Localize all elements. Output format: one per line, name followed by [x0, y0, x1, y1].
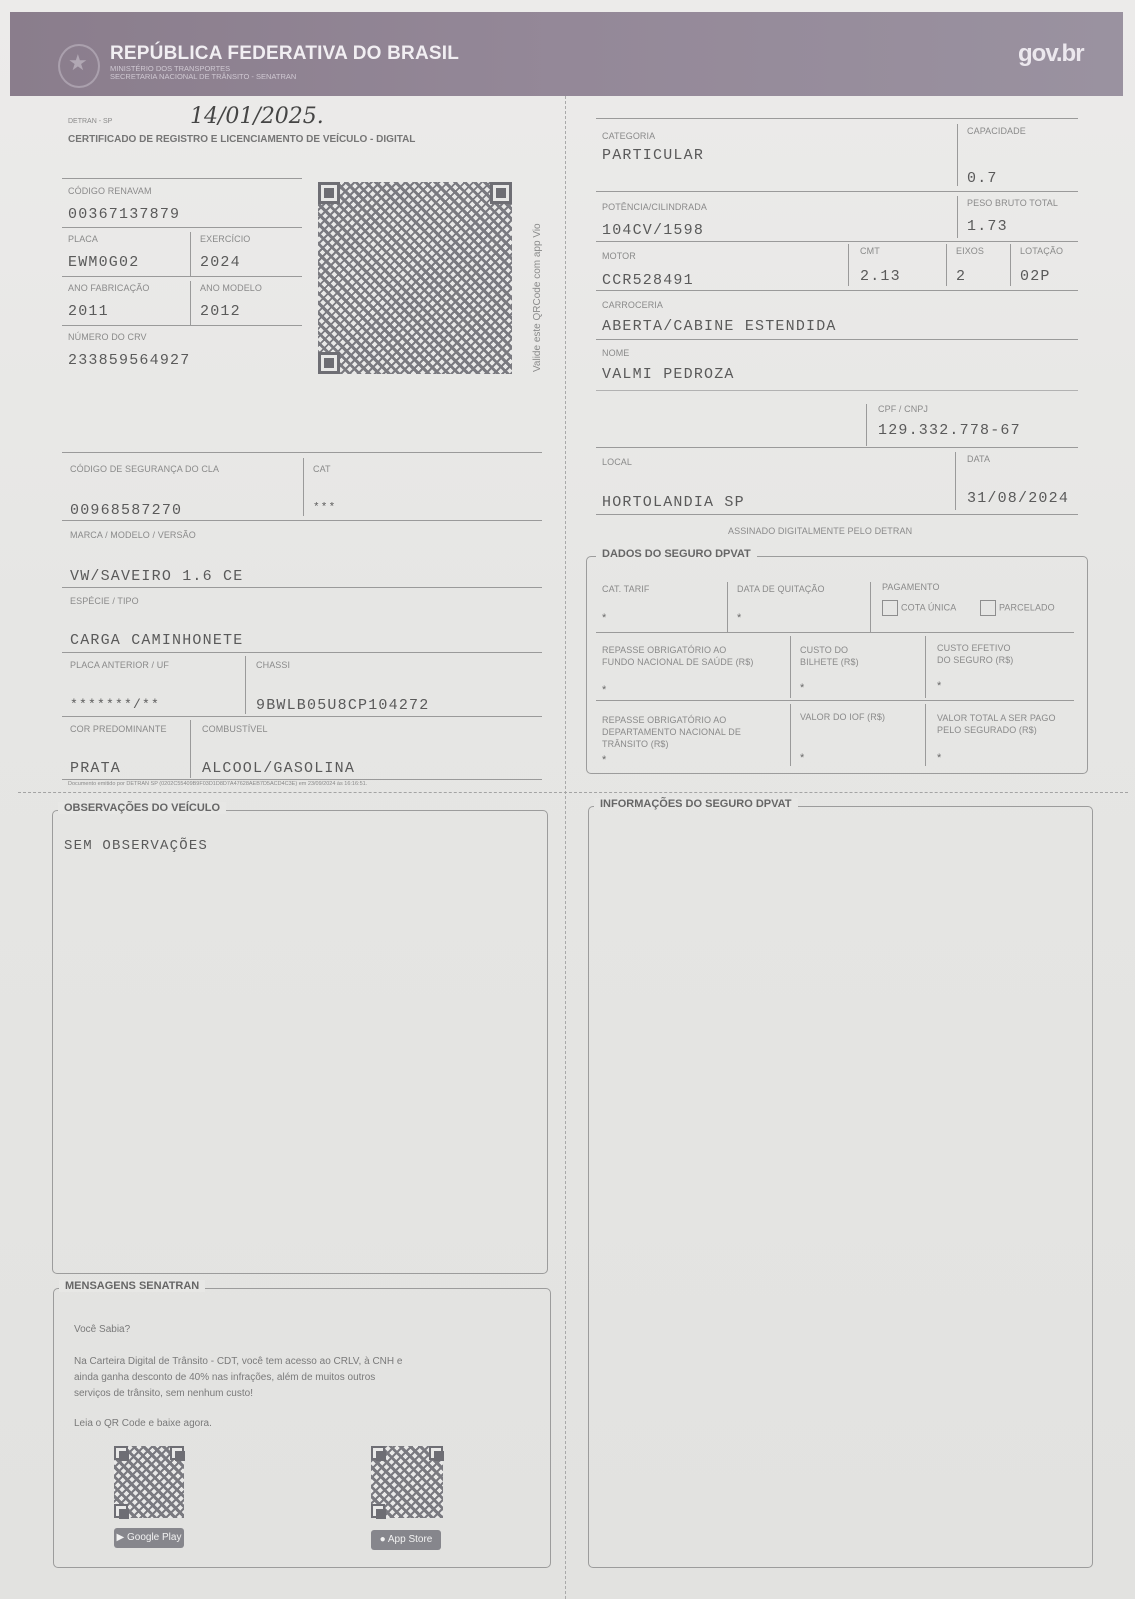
eixos-label: EIXOS [956, 246, 984, 256]
message-line: Na Carteira Digital de Trânsito - CDT, v… [74, 1354, 402, 1370]
renavam-label: CÓDIGO RENAVAM [68, 186, 152, 196]
message-line: serviços de trânsito, sem nenhum custo! [74, 1386, 402, 1402]
divider [62, 716, 542, 717]
divider [190, 232, 191, 276]
divider [848, 244, 849, 286]
motor-value: CCR528491 [602, 272, 694, 289]
mensagens-body: Na Carteira Digital de Trânsito - CDT, v… [74, 1354, 402, 1402]
divider [596, 339, 1078, 340]
categoria-value: PARTICULAR [602, 147, 704, 164]
issuer-label: DETRAN - SP [68, 118, 112, 125]
handwritten-date: 14/01/2025. [190, 104, 324, 129]
marca-modelo-label: MARCA / MODELO / VERSÃO [70, 530, 196, 540]
app-store-badge[interactable]: ● App Store [371, 1530, 441, 1550]
divider [727, 582, 728, 632]
observacoes-text: SEM OBSERVAÇÕES [64, 838, 208, 854]
dpvat-title: DADOS DO SEGURO DPVAT [596, 548, 757, 560]
divider [190, 720, 191, 778]
crv-value: 233859564927 [68, 352, 190, 369]
cota-unica-option[interactable]: COTA ÚNICA [882, 600, 956, 616]
divider [790, 636, 791, 698]
divider [62, 178, 302, 179]
custo-efetivo-value: * [937, 680, 941, 692]
divider [596, 191, 1078, 192]
divider [866, 404, 867, 446]
renavam-value: 00367137879 [68, 206, 180, 223]
capacidade-value: 0.7 [967, 170, 998, 187]
cota-unica-label: COTA ÚNICA [901, 602, 956, 612]
qr-finder [429, 1446, 443, 1460]
divider [62, 452, 542, 453]
observacoes-title: OBSERVAÇÕES DO VEÍCULO [58, 802, 226, 814]
custo-efetivo-label: CUSTO EFETIVO DO SEGURO (R$) [937, 642, 1013, 666]
label-line: FUNDO NACIONAL DE SAÚDE (R$) [602, 656, 753, 668]
especie-tipo-label: ESPÉCIE / TIPO [70, 596, 139, 606]
custo-bilhete-value: * [800, 682, 804, 694]
cota-unica-checkbox[interactable] [882, 600, 898, 616]
secretariat-line: SECRETARIA NACIONAL DE TRÂNSITO - SENATR… [110, 73, 296, 81]
google-play-qr-code [114, 1446, 184, 1518]
divider [1010, 244, 1011, 286]
divider [596, 514, 1078, 515]
mensagens-title: MENSAGENS SENATRAN [59, 1280, 205, 1292]
placa-label: PLACA [68, 234, 98, 244]
nome-label: NOME [602, 348, 629, 358]
label-line: PELO SEGURADO (R$) [937, 724, 1056, 736]
potencia-label: POTÊNCIA/CILINDRADA [602, 202, 707, 212]
marca-modelo-value: VW/SAVEIRO 1.6 CE [70, 568, 243, 585]
local-label: LOCAL [602, 457, 632, 467]
divider [62, 779, 542, 780]
validation-qr-code [318, 182, 512, 374]
mensagens-cta: Leia o QR Code e baixe agora. [74, 1416, 212, 1432]
nome-value: VALMI PEDROZA [602, 366, 735, 383]
divider [62, 325, 302, 326]
govbr-logo: gov.br [1018, 40, 1084, 68]
coat-of-arms-icon [58, 44, 100, 88]
capacidade-label: CAPACIDADE [967, 126, 1026, 136]
divider [62, 227, 302, 228]
qr-finder [170, 1446, 184, 1460]
crlv-document: REPÚBLICA FEDERATIVA DO BRASIL MINISTÉRI… [0, 0, 1135, 1599]
label-line: VALOR TOTAL A SER PAGO [937, 712, 1056, 724]
exercicio-label: EXERCÍCIO [200, 234, 250, 244]
qr-finder [371, 1504, 385, 1518]
cat-label: CAT [313, 464, 331, 474]
label-line: DEPARTAMENTO NACIONAL DE [602, 726, 741, 738]
placa-value: EWM0G02 [68, 254, 139, 271]
lotacao-label: LOTAÇÃO [1020, 246, 1063, 256]
message-line: ainda ganha desconto de 40% nas infraçõe… [74, 1370, 402, 1386]
chassi-value: 9BWLB05U8CP104272 [256, 697, 429, 714]
google-play-label: Google Play [127, 1532, 181, 1543]
divider [955, 452, 956, 510]
ano-fabricacao-label: ANO FABRICAÇÃO [68, 283, 149, 293]
ministry-subtitle: MINISTÉRIO DOS TRANSPORTES SECRETARIA NA… [110, 65, 296, 81]
divider [303, 458, 304, 516]
categoria-label: CATEGORIA [602, 131, 655, 141]
chassi-label: CHASSI [256, 660, 290, 670]
divider [957, 196, 958, 238]
placa-anterior-label: PLACA ANTERIOR / UF [70, 660, 169, 670]
repasse-fns-value: * [602, 684, 606, 696]
qr-validation-text: Valide este QRCode com app Vio [532, 223, 543, 372]
ano-modelo-value: 2012 [200, 303, 241, 320]
cat-tarif-label: CAT. TARIF [602, 584, 650, 594]
divider [62, 520, 542, 521]
valor-total-value: * [937, 752, 941, 764]
combustivel-value: ALCOOL/GASOLINA [202, 760, 355, 777]
label-line: CUSTO EFETIVO [937, 642, 1013, 654]
fold-line-vertical [565, 96, 566, 1599]
data-value: 31/08/2024 [967, 490, 1069, 507]
app-store-label: App Store [388, 1534, 432, 1545]
data-quitacao-value: * [737, 612, 741, 624]
label-line: DO SEGURO (R$) [937, 654, 1013, 666]
qr-finder [490, 182, 512, 204]
divider [62, 652, 542, 653]
eixos-value: 2 [956, 268, 966, 285]
valor-iof-label: VALOR DO IOF (R$) [800, 712, 885, 722]
observacoes-box [52, 810, 548, 1274]
label-line: REPASSE OBRIGATÓRIO AO [602, 714, 741, 726]
especie-tipo-value: CARGA CAMINHONETE [70, 632, 243, 649]
mensagens-question: Você Sabia? [74, 1322, 130, 1338]
custo-bilhete-label: CUSTO DO BILHETE (R$) [800, 644, 859, 668]
crv-label: NÚMERO DO CRV [68, 332, 147, 342]
label-line: TRÂNSITO (R$) [602, 738, 741, 750]
signed-note: ASSINADO DIGITALMENTE PELO DETRAN [728, 526, 912, 536]
divider [870, 582, 871, 632]
peso-bruto-label: PESO BRUTO TOTAL [967, 198, 1058, 208]
repasse-fns-label: REPASSE OBRIGATÓRIO AO FUNDO NACIONAL DE… [602, 644, 753, 668]
cor-value: PRATA [70, 760, 121, 777]
cla-value: 00968587270 [70, 502, 182, 519]
cat-tarif-value: * [602, 612, 606, 624]
divider [596, 447, 1078, 448]
qr-finder [114, 1446, 128, 1460]
divider [596, 632, 1074, 633]
divider [596, 390, 1078, 391]
info-dpvat-box [588, 806, 1093, 1568]
pagamento-label: PAGAMENTO [882, 582, 940, 592]
label-line: BILHETE (R$) [800, 656, 859, 668]
divider [245, 656, 246, 714]
label-line: CUSTO DO [800, 644, 859, 656]
divider [190, 281, 191, 325]
divider [596, 241, 1078, 242]
divider [596, 290, 1078, 291]
cor-label: COR PREDOMINANTE [70, 724, 167, 734]
combustivel-label: COMBUSTÍVEL [202, 724, 268, 734]
qr-finder [318, 352, 340, 374]
repasse-denatran-value: * [602, 754, 606, 766]
certificate-title: CERTIFICADO DE REGISTRO E LICENCIAMENTO … [68, 134, 415, 145]
parcelado-label: PARCELADO [999, 602, 1055, 612]
divider [946, 244, 947, 286]
repasse-denatran-label: REPASSE OBRIGATÓRIO AO DEPARTAMENTO NACI… [602, 714, 741, 750]
fold-line-horizontal [18, 792, 1128, 793]
parcelado-option[interactable]: PARCELADO [980, 600, 1055, 616]
valor-iof-value: * [800, 752, 804, 764]
local-value: HORTOLANDIA SP [602, 494, 745, 511]
cpf-label: CPF / CNPJ [878, 404, 928, 414]
play-icon: ▶ [117, 1532, 127, 1543]
carroceria-label: CARROCERIA [602, 300, 663, 310]
divider [62, 587, 542, 588]
qr-finder [318, 182, 340, 204]
cat-value: *** [313, 502, 336, 514]
divider [925, 636, 926, 698]
divider [790, 704, 791, 766]
divider [596, 118, 1078, 119]
divider [957, 124, 958, 186]
app-store-qr-code [371, 1446, 443, 1518]
placa-anterior-value: *******/** [70, 697, 160, 712]
exercicio-value: 2024 [200, 254, 241, 271]
ano-modelo-label: ANO MODELO [200, 283, 262, 293]
google-play-badge[interactable]: ▶ Google Play [114, 1528, 184, 1548]
info-dpvat-title: INFORMAÇÕES DO SEGURO DPVAT [594, 798, 798, 810]
motor-label: MOTOR [602, 251, 636, 261]
divider [62, 276, 302, 277]
peso-bruto-value: 1.73 [967, 218, 1008, 235]
cpf-value: 129.332.778-67 [878, 422, 1021, 439]
ano-fabricacao-value: 2011 [68, 303, 109, 320]
republic-title: REPÚBLICA FEDERATIVA DO BRASIL [110, 43, 459, 65]
parcelado-checkbox[interactable] [980, 600, 996, 616]
cmt-value: 2.13 [860, 268, 901, 285]
lotacao-value: 02P [1020, 268, 1051, 285]
qr-finder [371, 1446, 385, 1460]
qr-finder [114, 1504, 128, 1518]
cmt-label: CMT [860, 246, 880, 256]
potencia-value: 104CV/1598 [602, 222, 704, 239]
emission-footer: Documento emitido por DETRAN SP (0202C55… [68, 781, 367, 787]
label-line: REPASSE OBRIGATÓRIO AO [602, 644, 753, 656]
apple-icon: ● [380, 1534, 388, 1545]
divider [925, 704, 926, 766]
data-label: DATA [967, 454, 990, 464]
data-quitacao-label: DATA DE QUITAÇÃO [737, 584, 825, 594]
carroceria-value: ABERTA/CABINE ESTENDIDA [602, 318, 837, 335]
valor-total-label: VALOR TOTAL A SER PAGO PELO SEGURADO (R$… [937, 712, 1056, 736]
divider [596, 700, 1074, 701]
cla-label: CÓDIGO DE SEGURANÇA DO CLA [70, 464, 219, 474]
